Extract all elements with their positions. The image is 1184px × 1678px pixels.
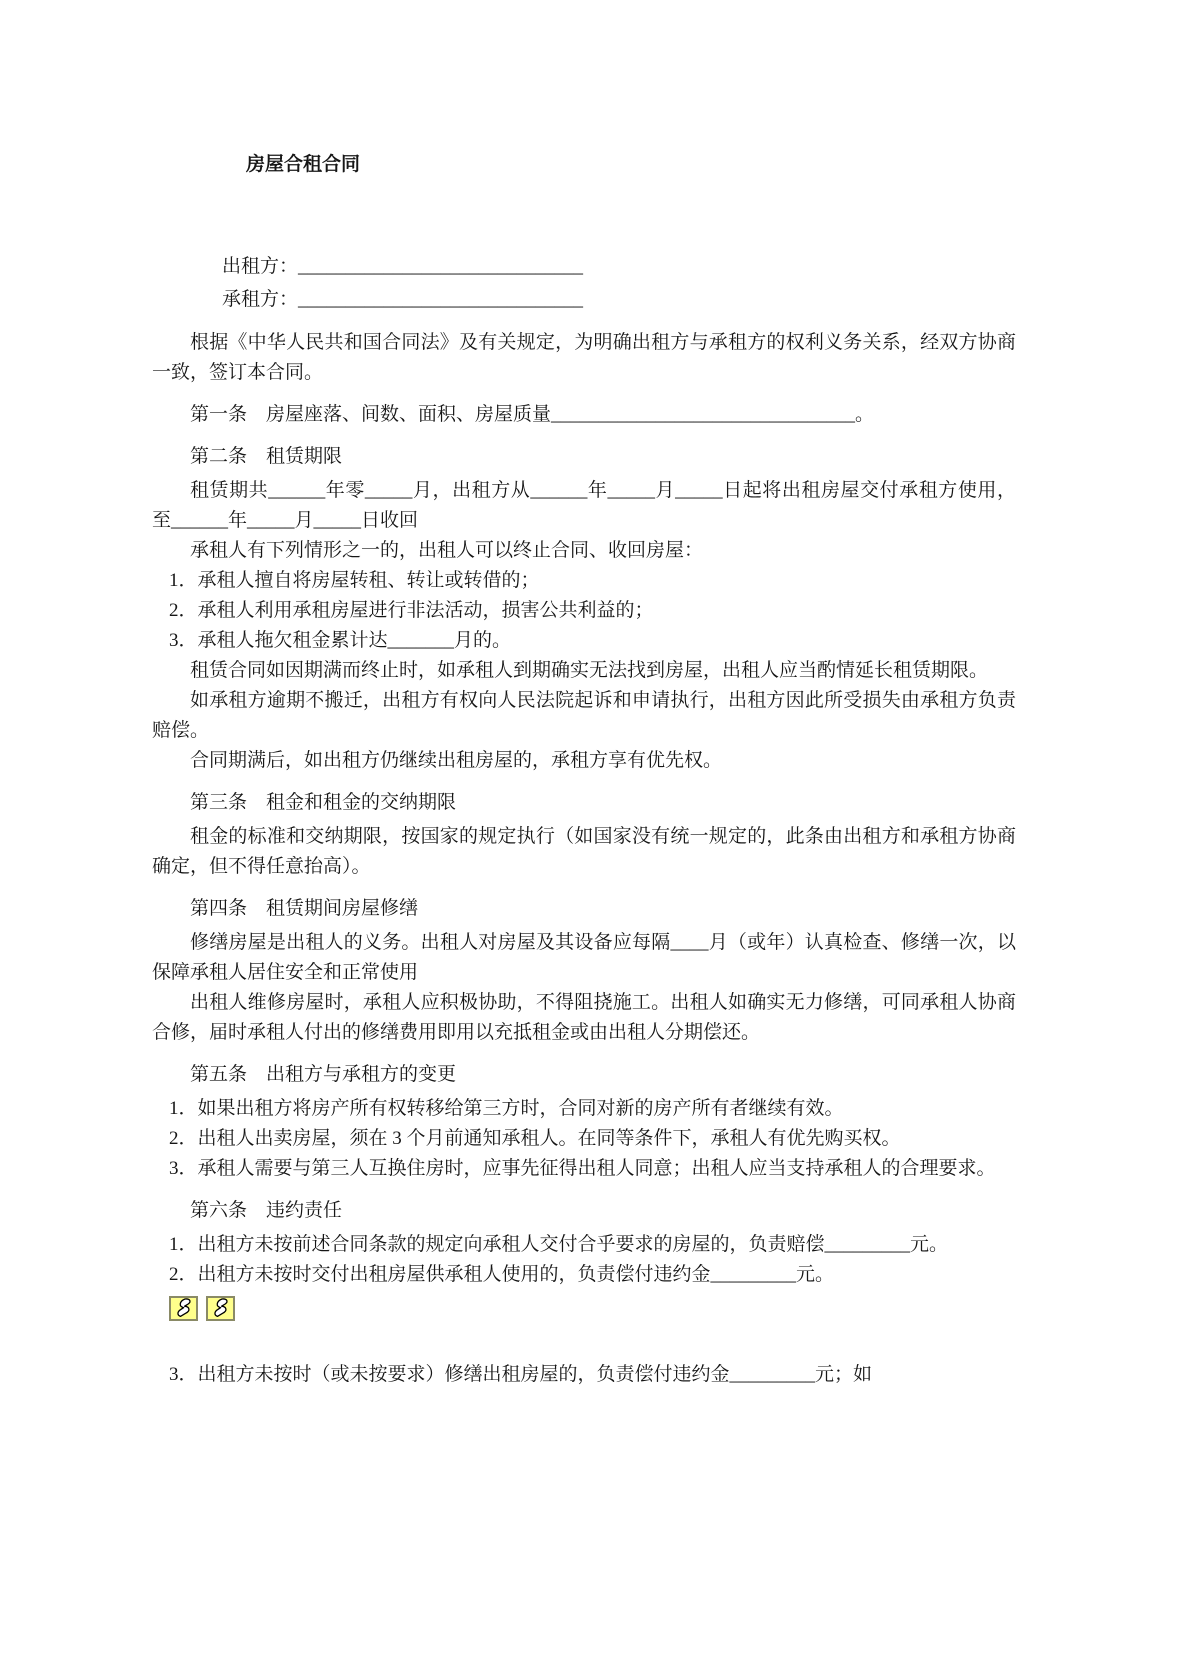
article-6-heading: 第六条 违约责任 — [152, 1196, 1016, 1226]
article-3-rent-paragraph: 租金的标准和交纳期限，按国家的规定执行（如国家没有统一规定的，此条由出租方和承租… — [152, 822, 1016, 882]
article-4-repair-duty-paragraph: 修缮房屋是出租人的义务。出租人对房屋及其设备应每隔____月（或年）认真检查、修… — [152, 928, 1016, 988]
broken-image-placeholder-icon — [169, 1296, 198, 1321]
article-5-item-1: 1．如果出租方将房产所有权转移给第三方时，合同对新的房产所有者继续有效。 — [152, 1094, 1016, 1124]
document-page: 房屋合租合同 出租方：_____________________________… — [0, 0, 1184, 1678]
party-line-lessee: 承租方：______________________________ — [152, 283, 1016, 316]
article-2-termination-intro: 承租人有下列情形之一的，出租人可以终止合同、收回房屋： — [152, 536, 1016, 566]
article-4-repair-cost-paragraph: 出租人维修房屋时，承租人应积极协助，不得阻挠施工。出租人如确实无力修缮，可同承租… — [152, 988, 1016, 1048]
article-6-item-3: 3．出租方未按时（或未按要求）修缮出租房屋的，负责偿付违约金_________元… — [152, 1360, 1016, 1390]
article-5-item-2: 2．出租人出卖房屋，须在 3 个月前通知承租人。在同等条件下，承租人有优先购买权… — [152, 1124, 1016, 1154]
preamble-paragraph: 根据《中华人民共和国合同法》及有关规定，为明确出租方与承租方的权利义务关系，经双… — [152, 328, 1016, 388]
article-2-item-3: 3．承租人拖欠租金累计达_______月的。 — [152, 626, 1016, 656]
article-4-heading: 第四条 租赁期间房屋修缮 — [152, 894, 1016, 924]
article-5-item-3: 3．承租人需要与第三人互换住房时，应事先征得出租人同意；出租人应当支持承租人的合… — [152, 1154, 1016, 1184]
article-1-heading: 第一条 房屋座落、间数、面积、房屋质量_____________________… — [152, 400, 1016, 430]
article-2-priority-paragraph: 合同期满后，如出租方仍继续出租房屋的，承租方享有优先权。 — [152, 746, 1016, 776]
missing-image-row — [152, 1296, 1016, 1326]
contract-title: 房屋合租合同 — [152, 150, 1016, 180]
broken-image-placeholder-icon — [206, 1296, 235, 1321]
article-2-eviction-paragraph: 如承租方逾期不搬迁，出租方有权向人民法院起诉和申请执行，出租方因此所受损失由承租… — [152, 686, 1016, 746]
article-5-heading: 第五条 出租方与承租方的变更 — [152, 1060, 1016, 1090]
article-2-term-paragraph: 租赁期共______年零_____月，出租方从______年_____月____… — [152, 476, 1016, 536]
party-line-lessor: 出租方：______________________________ — [152, 250, 1016, 283]
contract-document: 房屋合租合同 出租方：_____________________________… — [152, 150, 1016, 1390]
article-2-item-1: 1．承租人擅自将房屋转租、转让或转借的； — [152, 566, 1016, 596]
article-2-heading: 第二条 租赁期限 — [152, 442, 1016, 472]
article-6-item-1: 1．出租方未按前述合同条款的规定向承租人交付合乎要求的房屋的，负责赔偿_____… — [152, 1230, 1016, 1260]
article-2-extension-paragraph: 租赁合同如因期满而终止时，如承租人到期确实无法找到房屋，出租人应当酌情延长租赁期… — [152, 656, 1016, 686]
article-6-item-2: 2．出租方未按时交付出租房屋供承租人使用的，负责偿付违约金_________元。 — [152, 1260, 1016, 1290]
article-3-heading: 第三条 租金和租金的交纳期限 — [152, 788, 1016, 818]
article-2-item-2: 2．承租人利用承租房屋进行非法活动，损害公共利益的； — [152, 596, 1016, 626]
